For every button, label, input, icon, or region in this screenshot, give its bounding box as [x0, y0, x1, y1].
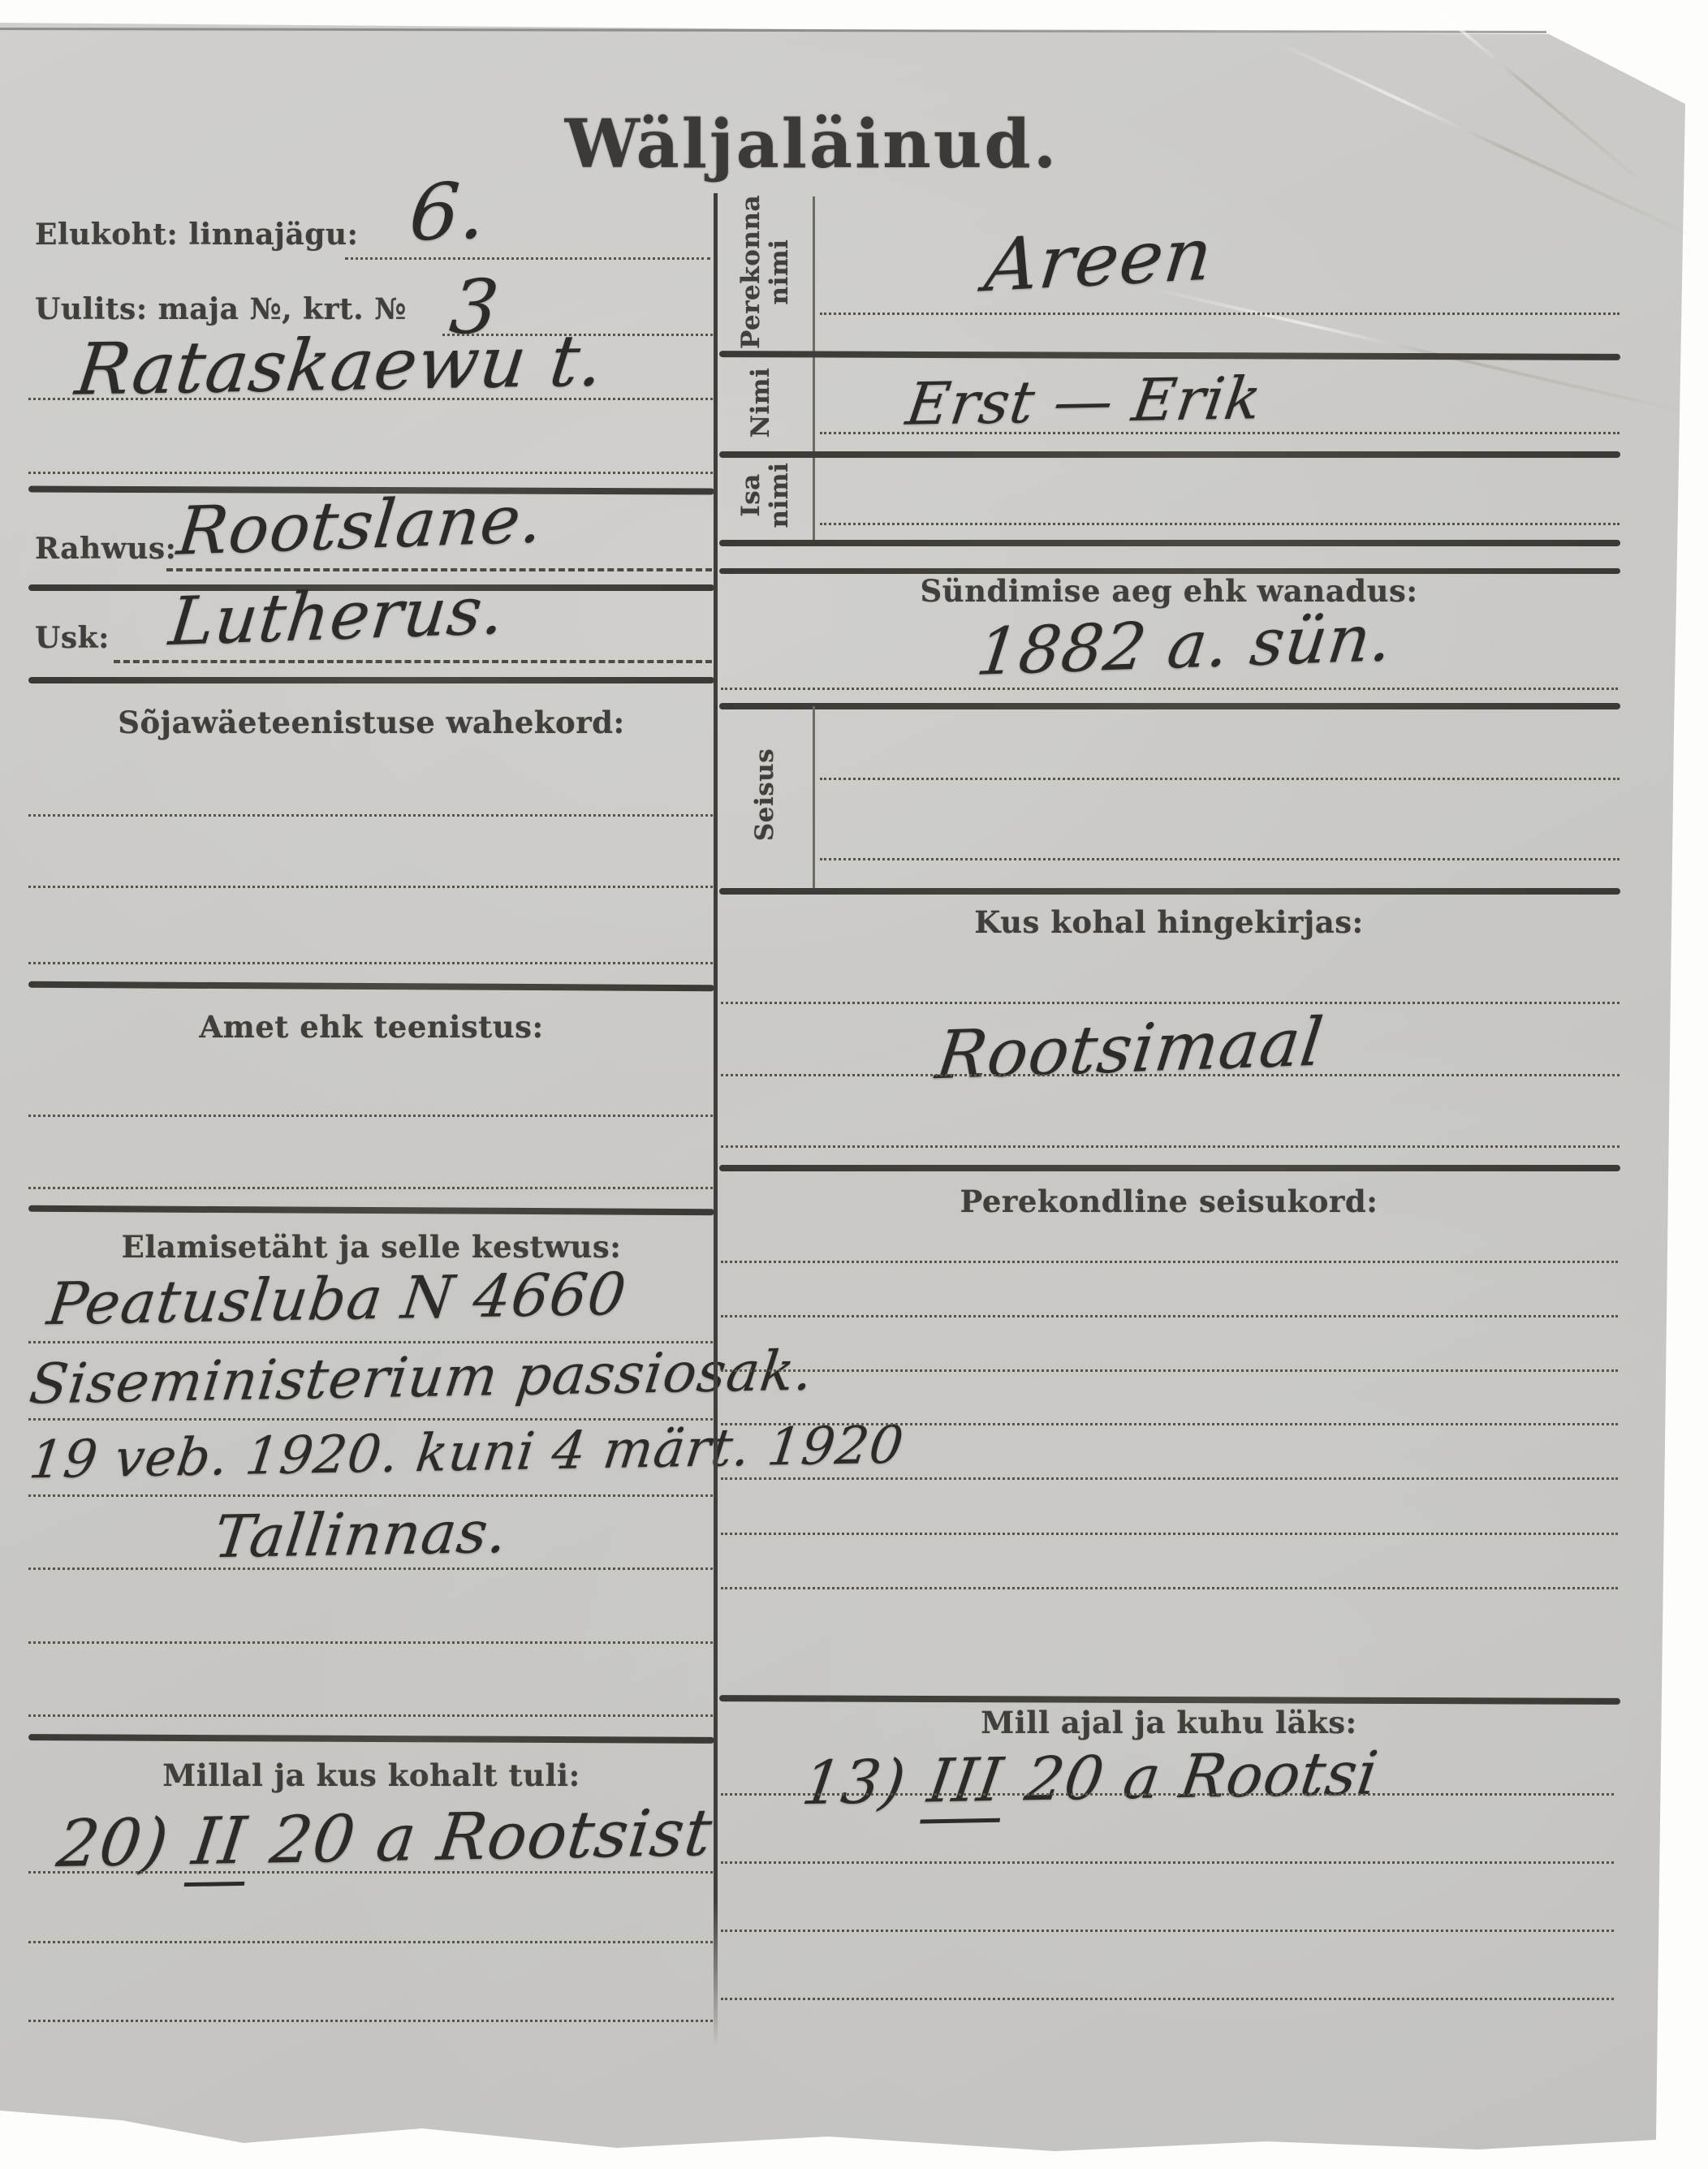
ruled-line [721, 1930, 1614, 1932]
scanned-registration-card: Wäljaläinud. Elukoht: linnajägu: 6. Uuli… [0, 0, 1708, 2169]
ruled-line [721, 1861, 1614, 1864]
section-label-amet: Amet ehk teenistus: [28, 1009, 714, 1045]
ruled-line [166, 568, 712, 571]
ruled-line [721, 1998, 1614, 2000]
section-divider [719, 540, 1620, 546]
handwritten-laks-value: 13) III 20 a Rootsi [798, 1739, 1382, 1818]
ruled-line [28, 1115, 713, 1117]
ruled-line [721, 1002, 1620, 1004]
section-label-hingekirjas: Kus kohal hingekirjas: [722, 904, 1615, 940]
handwritten-sundimise-value: 1882 a. sün. [973, 600, 1397, 690]
ruled-line [721, 1261, 1618, 1263]
section-label-sundimise: Sündimise aeg ehk wanadus: [722, 573, 1615, 609]
ruled-line [28, 2020, 713, 2022]
ruled-line [820, 313, 1620, 315]
ruled-line [721, 1793, 1614, 1796]
handwritten-usk-value: Lutherus. [166, 572, 509, 661]
ruled-line [345, 257, 710, 260]
handwritten-elukoht-value: 6. [407, 165, 490, 258]
ruled-line [721, 1369, 1618, 1372]
millal-tuli-day: 20) [53, 1805, 173, 1882]
ruled-line [28, 1941, 713, 1943]
field-label-seisus: Seisus [751, 709, 779, 881]
handwritten-perekonna-nimi-value: Areen [981, 212, 1217, 308]
field-label-elukoht: Elukoht: linnajägu: [35, 218, 358, 252]
ruled-line [28, 1567, 713, 1570]
ruled-line [820, 778, 1620, 780]
ruled-line [721, 1423, 1618, 1425]
handwritten-hingekirjas-value: Rootsimaal [932, 1004, 1328, 1094]
ruled-line [28, 1714, 713, 1717]
laks-day: 13) [798, 1747, 910, 1818]
ruled-line [820, 858, 1620, 860]
section-label-millal-tuli: Millal ja kus kohalt tuli: [28, 1757, 714, 1793]
handwritten-millal-tuli-value: 20) II 20 a Rootsist [53, 1795, 716, 1882]
ruled-line [721, 1315, 1618, 1317]
field-label-perekonna-nimi: Perekonna nimi [737, 195, 793, 349]
handwritten-elamisetaht-line1: Peatusluba N 4660 [44, 1260, 630, 1338]
field-label-rahwus: Rahwus: [35, 532, 176, 566]
ruled-line [820, 432, 1620, 434]
handwritten-elamisetaht-line4: Tallinnas. [210, 1498, 511, 1571]
ruled-line [28, 962, 713, 964]
section-divider [28, 677, 714, 683]
ruled-line [28, 398, 713, 400]
ruled-line [28, 1494, 713, 1497]
section-label-perekondline: Perekondline seisukord: [722, 1184, 1615, 1219]
section-label-laks: Mill ajal ja kuhu läks: [722, 1705, 1615, 1740]
handwritten-nimi-value: Erst — Erik [903, 364, 1266, 438]
ruled-line [28, 472, 713, 474]
label-column-divider [813, 196, 815, 541]
section-divider [719, 451, 1620, 458]
ruled-line [721, 1074, 1620, 1076]
section-divider [719, 703, 1620, 709]
laks-month-roman: III [920, 1745, 1011, 1824]
ruled-line [721, 1533, 1618, 1535]
form-title: Wäljaläinud. [528, 106, 1096, 183]
ruled-line [28, 886, 713, 888]
label-column-divider [813, 706, 815, 890]
ruled-line [28, 1187, 713, 1189]
center-divider [714, 193, 718, 2048]
ruled-line [721, 1477, 1618, 1480]
ruled-line [28, 1641, 713, 1644]
millal-tuli-month-roman: II [184, 1803, 254, 1887]
handwritten-rahwus-value: Rootslane. [174, 481, 547, 571]
field-label-nimi: Nimi [747, 357, 775, 448]
field-label-uulits: Uulits: maja №, krt. № [35, 292, 407, 326]
section-label-sojawae: Sõjawäeteenistuse wahekord: [28, 705, 714, 740]
millal-tuli-rest: 20 a Rootsist [266, 1795, 717, 1878]
ruled-line [721, 1587, 1618, 1589]
field-label-usk: Usk: [35, 621, 110, 655]
laks-rest: 20 a Rootsi [1021, 1739, 1383, 1815]
ruled-line [114, 660, 712, 663]
ruled-line [721, 1145, 1620, 1148]
section-divider [719, 888, 1620, 895]
section-divider [719, 1165, 1620, 1171]
field-label-isa-nimi: Isa nimi [737, 455, 793, 536]
ruled-line [28, 1871, 713, 1874]
ruled-line [820, 523, 1620, 525]
ruled-line [721, 688, 1618, 690]
ruled-line [28, 814, 713, 817]
